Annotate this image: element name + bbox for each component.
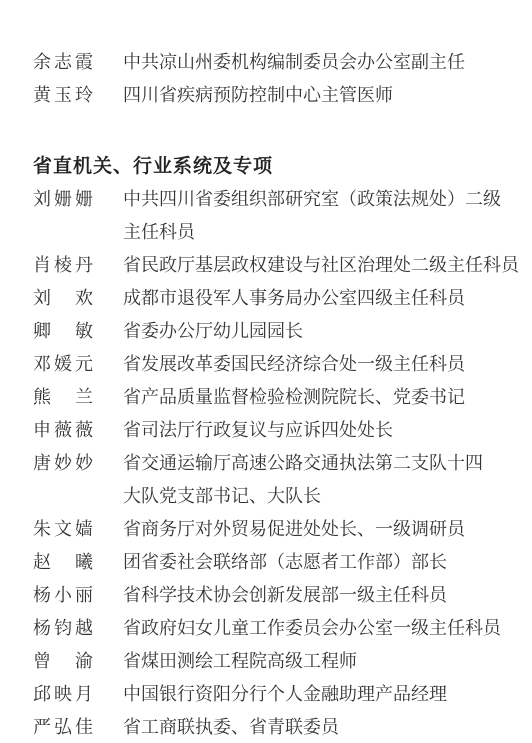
entry-row: 卿 敏 省委办公厅幼儿园园长: [33, 315, 532, 348]
entry-row: 曾 渝 省煤田测绘工程院高级工程师: [33, 645, 532, 678]
entry-name: 卿 敏: [33, 315, 99, 348]
entry-name: 熊 兰: [33, 381, 99, 414]
entry-row: 熊 兰 省产品质量监督检验检测院院长、党委书记: [33, 381, 532, 414]
entry-row: 杨钧越 省政府妇女儿童工作委员会办公室一级主任科员: [33, 612, 532, 645]
entry-position: 省司法厅行政复议与应诉四处处长: [123, 414, 525, 447]
entry-name: 朱文嫱: [33, 513, 99, 546]
entry-name: 黄玉玲: [33, 79, 99, 112]
entry-position: 省商务厅对外贸易促进处处长、一级调研员: [123, 513, 525, 546]
entry-position: 省发展改革委国民经济综合处一级主任科员: [123, 348, 525, 381]
entry-position: 成都市退役军人事务局办公室四级主任科员: [123, 282, 525, 315]
entry-position: 中共四川省委组织部研究室（政策法规处）二级 主任科员: [123, 183, 525, 249]
entry-position: 省交通运输厅高速公路交通执法第二支队十四 大队党支部书记、大队长: [123, 447, 525, 513]
entry-name: 曾 渝: [33, 645, 99, 678]
entry-position: 省委办公厅幼儿园园长: [123, 315, 525, 348]
entry-name: 余志霞: [33, 46, 99, 79]
entry-name: 邓媛元: [33, 348, 99, 381]
entry-row: 申薇薇 省司法厅行政复议与应诉四处处长: [33, 414, 532, 447]
entry-position: 团省委社会联络部（志愿者工作部）部长: [123, 546, 525, 579]
entry-name: 邱映月: [33, 678, 99, 711]
entry-row: 余志霞 中共凉山州委机构编制委员会办公室副主任: [33, 46, 532, 79]
entry-row: 唐妙妙 省交通运输厅高速公路交通执法第二支队十四 大队党支部书记、大队长: [33, 447, 532, 513]
entry-row: 杨小丽 省科学技术协会创新发展部一级主任科员: [33, 579, 532, 612]
entry-name: 申薇薇: [33, 414, 99, 447]
entry-name: 肖棱丹: [33, 249, 99, 282]
entry-position: 省政府妇女儿童工作委员会办公室一级主任科员: [123, 612, 525, 645]
entry-row: 肖棱丹 省民政厅基层政权建设与社区治理处二级主任科员: [33, 249, 532, 282]
entry-row: 朱文嫱 省商务厅对外贸易促进处处长、一级调研员: [33, 513, 532, 546]
entry-position: 省煤田测绘工程院高级工程师: [123, 645, 525, 678]
entry-row: 严弘佳 省工商联执委、省青联委员: [33, 711, 532, 743]
entry-row: 黄玉玲 四川省疾病预防控制中心主管医师: [33, 79, 532, 112]
entry-row: 刘姗姗 中共四川省委组织部研究室（政策法规处）二级 主任科员: [33, 183, 532, 249]
entry-name: 严弘佳: [33, 711, 99, 743]
entry-name: 刘 欢: [33, 282, 99, 315]
entry-row: 刘 欢 成都市退役军人事务局办公室四级主任科员: [33, 282, 532, 315]
entry-row: 赵 曦 团省委社会联络部（志愿者工作部）部长: [33, 546, 532, 579]
entry-row: 邓媛元 省发展改革委国民经济综合处一级主任科员: [33, 348, 532, 381]
entry-name: 杨小丽: [33, 579, 99, 612]
entry-row: 邱映月 中国银行资阳分行个人金融助理产品经理: [33, 678, 532, 711]
section-header: 省直机关、行业系统及专项: [33, 150, 532, 183]
entry-position: 中国银行资阳分行个人金融助理产品经理: [123, 678, 525, 711]
entry-position: 四川省疾病预防控制中心主管医师: [123, 79, 525, 112]
document-page: 余志霞 中共凉山州委机构编制委员会办公室副主任 黄玉玲 四川省疾病预防控制中心主…: [0, 0, 532, 743]
entry-name: 赵 曦: [33, 546, 99, 579]
entry-position: 省工商联执委、省青联委员: [123, 711, 525, 743]
entry-position: 中共凉山州委机构编制委员会办公室副主任: [123, 46, 525, 79]
entry-name: 刘姗姗: [33, 183, 99, 216]
entry-position: 省民政厅基层政权建设与社区治理处二级主任科员: [123, 249, 525, 282]
entry-position: 省产品质量监督检验检测院院长、党委书记: [123, 381, 525, 414]
entry-name: 唐妙妙: [33, 447, 99, 480]
entry-position: 省科学技术协会创新发展部一级主任科员: [123, 579, 525, 612]
entry-name: 杨钧越: [33, 612, 99, 645]
